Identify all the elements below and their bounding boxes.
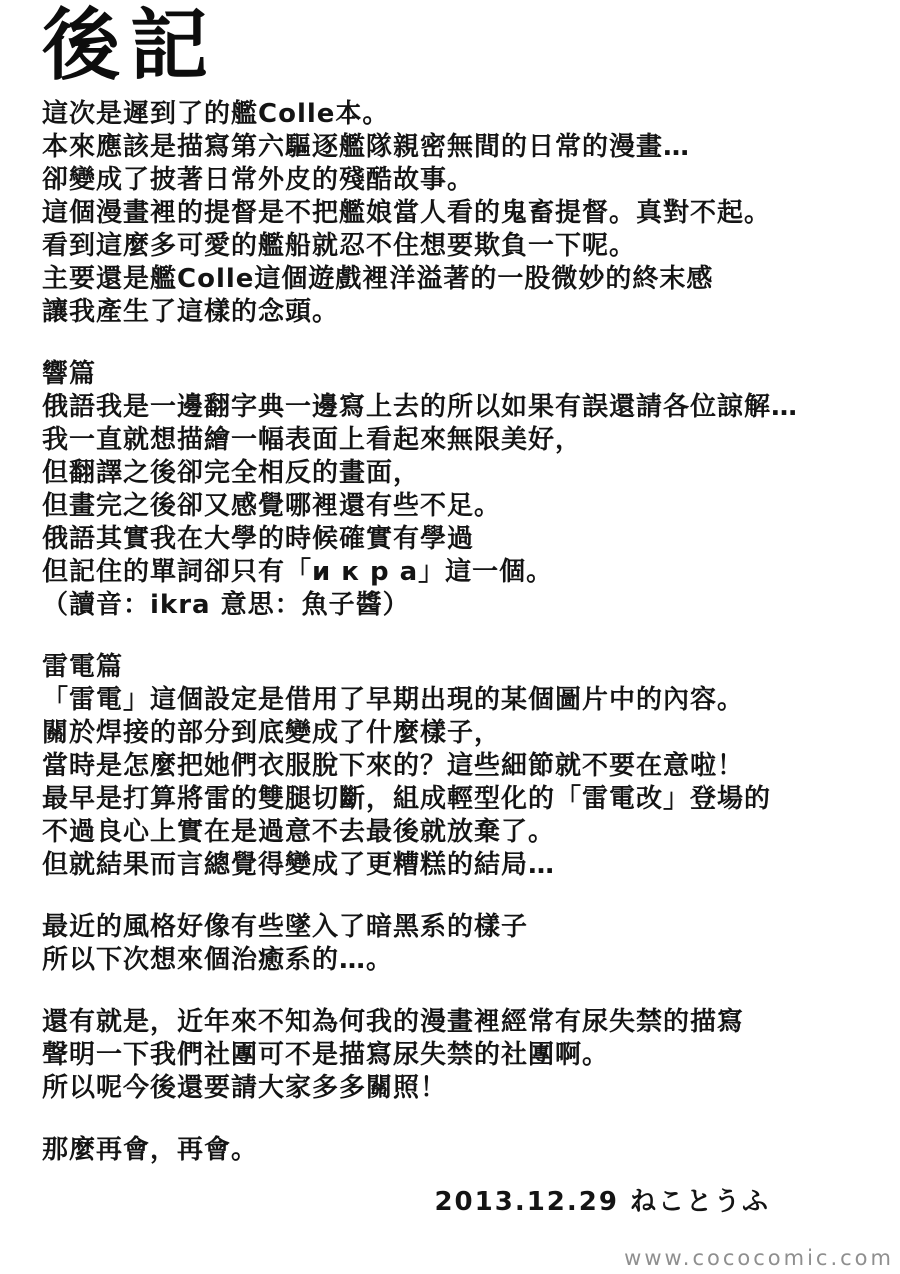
text-line: （讀音：ikra 意思：魚子醬）	[42, 589, 870, 622]
text-line: 這次是遲到了的艦Colle本。	[42, 98, 870, 131]
afterword-page: 後記 這次是遲到了的艦Colle本。本來應該是描寫第六驅逐艦隊親密無間的日常的漫…	[0, 0, 900, 1274]
date-signature: 2013.12.29 ねことうふ	[42, 1181, 870, 1218]
paragraph: 還有就是，近年來不知為何我的漫畫裡經常有尿失禁的描寫聲明一下我們社團可不是描寫尿…	[42, 1006, 870, 1105]
text-line: 本來應該是描寫第六驅逐艦隊親密無間的日常的漫畫…	[42, 131, 870, 164]
text-line: 那麼再會，再會。	[42, 1134, 870, 1167]
text-line: 讓我產生了這樣的念頭。	[42, 296, 870, 329]
afterword-body: 這次是遲到了的艦Colle本。本來應該是描寫第六驅逐艦隊親密無間的日常的漫畫…卻…	[42, 98, 870, 1167]
text-line: 俄語其實我在大學的時候確實有學過	[42, 523, 870, 556]
text-line: 但畫完之後卻又感覺哪裡還有些不足。	[42, 490, 870, 523]
paragraph: 雷電篇「雷電」這個設定是借用了早期出現的某個圖片中的內容。關於焊接的部分到底變成…	[42, 651, 870, 882]
text-line: 最早是打算將雷的雙腿切斷，組成輕型化的「雷電改」登場的	[42, 783, 870, 816]
text-line: 卻變成了披著日常外皮的殘酷故事。	[42, 164, 870, 197]
text-line: 最近的風格好像有些墜入了暗黑系的樣子	[42, 911, 870, 944]
text-line: 但就結果而言總覺得變成了更糟糕的結局…	[42, 849, 870, 882]
text-line: 但記住的單詞卻只有「и к р а」這一個。	[42, 556, 870, 589]
paragraph: 最近的風格好像有些墜入了暗黑系的樣子所以下次想來個治癒系的…。	[42, 911, 870, 977]
paragraph: 這次是遲到了的艦Colle本。本來應該是描寫第六驅逐艦隊親密無間的日常的漫畫…卻…	[42, 98, 870, 329]
text-line: 還有就是，近年來不知為何我的漫畫裡經常有尿失禁的描寫	[42, 1006, 870, 1039]
section-heading: 響篇	[42, 358, 870, 391]
text-line: 看到這麼多可愛的艦船就忍不住想要欺負一下呢。	[42, 230, 870, 263]
text-line: 所以呢今後還要請大家多多關照！	[42, 1072, 870, 1105]
text-line: 不過良心上實在是過意不去最後就放棄了。	[42, 816, 870, 849]
text-line: 主要還是艦Colle這個遊戲裡洋溢著的一股微妙的終末感	[42, 263, 870, 296]
text-line: 「雷電」這個設定是借用了早期出現的某個圖片中的內容。	[42, 684, 870, 717]
watermark: www.cococomic.com	[624, 1246, 894, 1270]
text-line: 所以下次想來個治癒系的…。	[42, 944, 870, 977]
text-line: 但翻譯之後卻完全相反的畫面，	[42, 457, 870, 490]
text-line: 關於焊接的部分到底變成了什麼樣子，	[42, 717, 870, 750]
text-line: 聲明一下我們社團可不是描寫尿失禁的社團啊。	[42, 1039, 870, 1072]
paragraph: 那麼再會，再會。	[42, 1134, 870, 1167]
text-line: 當時是怎麼把她們衣服脫下來的？這些細節就不要在意啦！	[42, 750, 870, 783]
text-line: 俄語我是一邊翻字典一邊寫上去的所以如果有誤還請各位諒解…	[42, 391, 870, 424]
text-line: 我一直就想描繪一幅表面上看起來無限美好，	[42, 424, 870, 457]
page-title: 後記	[42, 6, 870, 88]
afterword-content: 後記 這次是遲到了的艦Colle本。本來應該是描寫第六驅逐艦隊親密無間的日常的漫…	[42, 6, 870, 1218]
section-heading: 雷電篇	[42, 651, 870, 684]
text-line: 這個漫畫裡的提督是不把艦娘當人看的鬼畜提督。真對不起。	[42, 197, 870, 230]
paragraph: 響篇俄語我是一邊翻字典一邊寫上去的所以如果有誤還請各位諒解…我一直就想描繪一幅表…	[42, 358, 870, 622]
